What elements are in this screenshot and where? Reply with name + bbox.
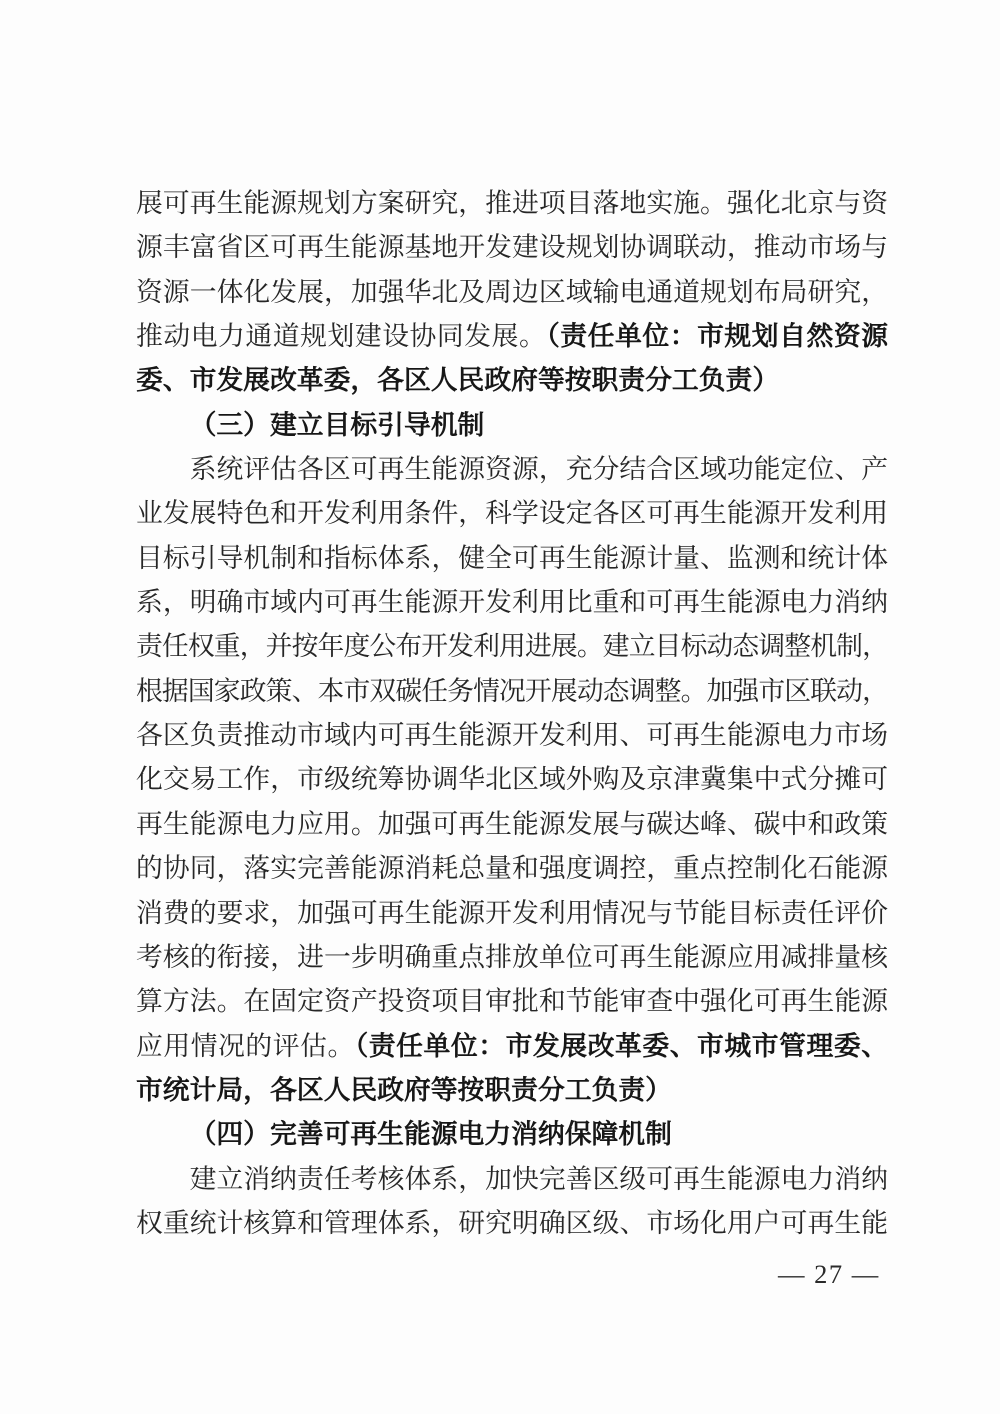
text-line: 资源一体化发展，加强华北及周边区域输电通道规划布局研究， <box>136 270 888 314</box>
text-block: 展可再生能源规划方案研究，推进项目落地实施。强化北京与资 源丰富省区可再生能源基… <box>136 181 888 1245</box>
text-line: 系统评估各区可再生能源资源，充分结合区域功能定位、产 <box>136 447 888 491</box>
text-line: 源丰富省区可再生能源基地开发建设规划协调联动，推动市场与 <box>136 225 888 269</box>
body-text-segment: 推动电力通道规划建设协同发展。 <box>136 321 546 351</box>
text-line: 目标引导机制和指标体系，健全可再生能源计量、监测和统计体 <box>136 536 888 580</box>
text-line: 各区负责推动市域内可再生能源开发利用、可再生能源电力市场 <box>136 713 888 757</box>
text-line: 化交易工作，市级统筹协调华北区域外购及京津冀集中式分摊可 <box>136 757 888 801</box>
responsibility-unit-line: 市统计局，各区人民政府等按职责分工负责） <box>136 1068 888 1112</box>
text-line: 责任权重，并按年度公布开发利用进展。建立目标动态调整机制， <box>136 624 888 668</box>
section-heading-4: （四）完善可再生能源电力消纳保障机制 <box>136 1112 888 1156</box>
responsibility-unit-text: （责任单位：市规划自然资源 <box>546 321 888 351</box>
text-line: 权重统计核算和管理体系，研究明确区级、市场化用户可再生能 <box>136 1201 888 1245</box>
text-line: 消费的要求，加强可再生能源开发利用情况与节能目标责任评价 <box>136 891 888 935</box>
page-number: — 27 — <box>778 1258 880 1290</box>
text-line: 的协同，落实完善能源消耗总量和强度调控，重点控制化石能源 <box>136 846 888 890</box>
text-line: 建立消纳责任考核体系，加快完善区级可再生能源电力消纳 <box>136 1157 888 1201</box>
text-line: 再生能源电力应用。加强可再生能源发展与碳达峰、碳中和政策 <box>136 802 888 846</box>
text-line: 展可再生能源规划方案研究，推进项目落地实施。强化北京与资 <box>136 181 888 225</box>
body-text-segment: 应用情况的评估。 <box>136 1031 355 1061</box>
section-heading-3: （三）建立目标引导机制 <box>136 403 888 447</box>
text-line: 推动电力通道规划建设协同发展。（责任单位：市规划自然资源 <box>136 314 888 358</box>
text-line: 系，明确市域内可再生能源开发利用比重和可再生能源电力消纳 <box>136 580 888 624</box>
text-line: 根据国家政策、本市双碳任务情况开展动态调整。加强市区联动， <box>136 669 888 713</box>
text-line: 考核的衔接，进一步明确重点排放单位可再生能源应用减排量核 <box>136 935 888 979</box>
text-line: 应用情况的评估。（责任单位：市发展改革委、市城市管理委、 <box>136 1024 888 1068</box>
text-line: 算方法。在固定资产投资项目审批和节能审查中强化可再生能源 <box>136 979 888 1023</box>
text-line: 业发展特色和开发利用条件，科学设定各区可再生能源开发利用 <box>136 491 888 535</box>
responsibility-unit-line: 委、市发展改革委，各区人民政府等按职责分工负责） <box>136 358 888 402</box>
document-page: 展可再生能源规划方案研究，推进项目落地实施。强化北京与资 源丰富省区可再生能源基… <box>0 0 1000 1414</box>
responsibility-unit-text: （责任单位：市发展改革委、市城市管理委、 <box>355 1031 888 1061</box>
